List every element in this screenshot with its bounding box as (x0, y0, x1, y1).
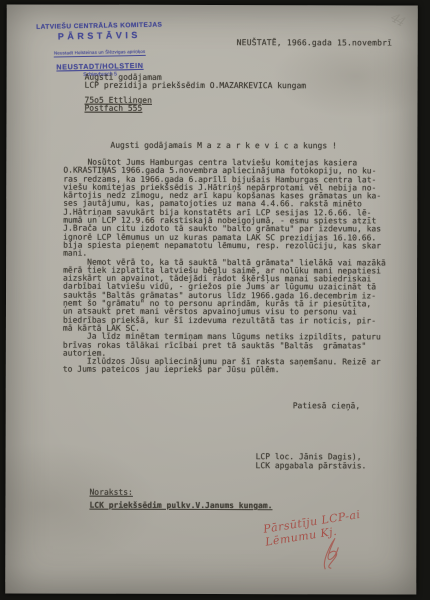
recipient-address-block: Augsti godājamam LCP prezidija priekšsēd… (84, 74, 306, 114)
date-line: NEUŠTATĒ, 1966.gada 15.novembrī (237, 38, 393, 47)
body-paragraph-4: Izlūdzos Jūsu apliecinājumu par šī rakst… (63, 358, 397, 375)
scanned-letter-photo: LATVIEŠU CENTRĀLĀS KOMITEJAS PĀRSTĀVIS N… (0, 0, 430, 600)
signature-block: LCP loc. Jānis Dagis), LCK apgabala pārs… (256, 452, 367, 470)
body-paragraph-3: Ja līdz minētam termiņam mans lūgums net… (63, 333, 397, 359)
letter-body: Nosūtot Jums Hamburgas centra latviešu k… (63, 159, 398, 376)
pencil-page-number: 44 (388, 10, 406, 29)
body-paragraph-1: Nosūtot Jums Hamburgas centra latviešu k… (63, 159, 397, 259)
letterhead-city: NEUSTADT/HOLSTEIN (35, 60, 165, 71)
signature-name-line: LCP loc. Jānis Dagis), (256, 452, 367, 461)
letterhead-subtitle: Neustadt Holsteinas un Šlēzvigas apriņķo… (54, 49, 146, 57)
copy-note-label: Noraksts: (89, 488, 132, 497)
recipient-name-line: LCP prezidija priekšsēdim O.MAZARKEVICA … (85, 82, 307, 91)
recipient-postbox-line: Postfach 555 (84, 105, 306, 114)
body-paragraph-2: Ņemot vērā to, ka tā sauktā "baltā grāma… (63, 258, 397, 334)
closing-phrase: Patiesā cieņā, (293, 401, 360, 410)
letterhead-stamp: LATVIEŠU CENTRĀLĀS KOMITEJAS PĀRSTĀVIS N… (34, 22, 165, 79)
letter-salutation: Augsti godājamais M a z a r k e v i c a … (110, 141, 336, 151)
letter-paper: LATVIEŠU CENTRĀLĀS KOMITEJAS PĀRSTĀVIS N… (5, 4, 418, 594)
signature-title-line: LCK apgabala pārstāvis. (256, 461, 367, 470)
red-signature-flourish (305, 533, 355, 573)
copy-note-recipient: LCK priekšsēdim pulkv.V.Janums kungam. (89, 501, 272, 510)
